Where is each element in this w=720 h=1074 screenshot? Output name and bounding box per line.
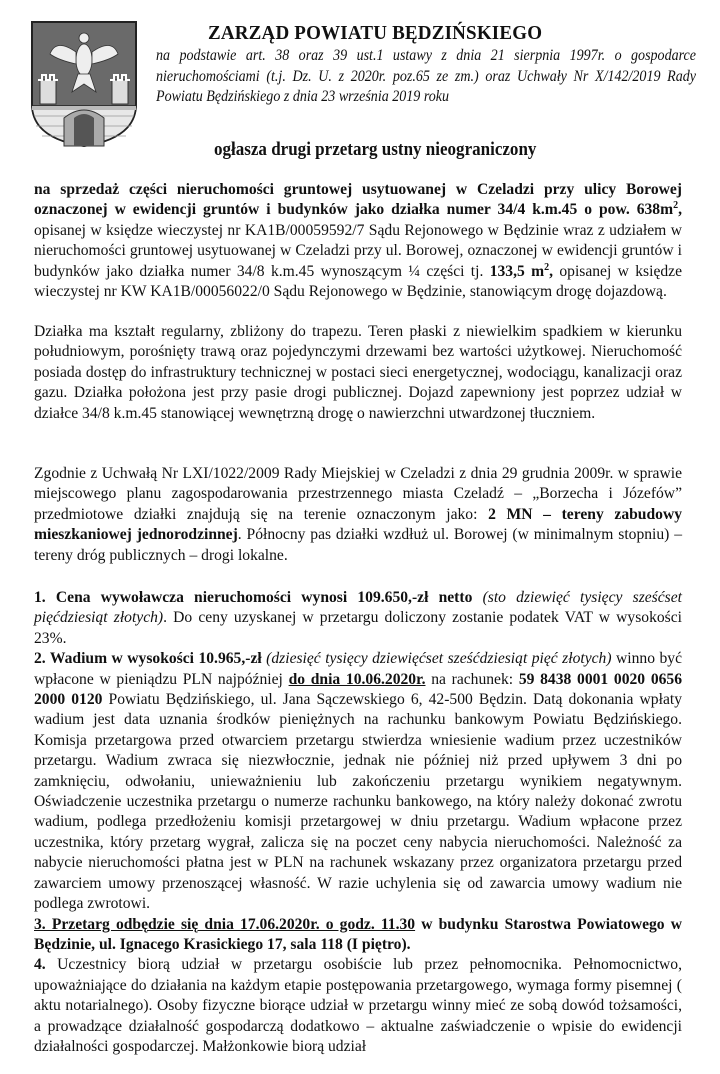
deposit-deadline: do dnia 10.06.2020r. [289, 671, 426, 688]
item4-number: 4. [34, 956, 46, 973]
property-intro: na sprzedaż części nieruchomości gruntow… [34, 180, 682, 302]
intro-area2: 133,5 m [490, 263, 544, 280]
intro-bold-lead: na sprzedaż części nieruchomości gruntow… [34, 181, 682, 218]
deposit-bold: 2. Wadium w wysokości 10.965,-zł [34, 650, 262, 667]
document-page: ZARZĄD POWIATU BĘDZIŃSKIEGO na podstawie… [0, 0, 720, 1074]
description-paragraph: Działka ma kształt regularny, zbliżony d… [34, 322, 682, 424]
tender-date: 3. Przetarg odbędzie się dnia 17.06.2020… [34, 916, 415, 933]
announcement-title: ogłasza drugi przetarg ustny nieogranicz… [214, 140, 536, 161]
condition-item-3: 3. Przetarg odbędzie się dnia 17.06.2020… [34, 915, 682, 956]
price-bold: 1. Cena wywoławcza nieruchomości wynosi … [34, 589, 472, 606]
participation-text: Uczestnicy biorą udział w przetargu osob… [34, 956, 682, 1055]
tender-conditions: 1. Cena wywoławcza nieruchomości wynosi … [34, 588, 682, 1057]
property-description: Działka ma kształt regularny, zbliżony d… [34, 322, 682, 424]
coat-of-arms-icon [28, 20, 140, 148]
deposit-words: (dziesięć tysięcy dziewięćset sześćdzies… [262, 650, 612, 667]
legal-basis: na podstawie art. 38 oraz 39 ust.1 ustaw… [156, 46, 696, 108]
deposit-text2: na rachunek: [426, 671, 519, 688]
issuer-title: ZARZĄD POWIATU BĘDZIŃSKIEGO [208, 22, 542, 45]
condition-item-2: 2. Wadium w wysokości 10.965,-zł (dziesi… [34, 649, 682, 914]
zoning-plan: Zgodnie z Uchwałą Nr LXI/1022/2009 Rady … [34, 464, 682, 566]
deposit-text3: Powiatu Będzińskiego, ul. Jana Sączewski… [34, 691, 682, 912]
condition-item-4: 4. Uczestnicy biorą udział w przetargu o… [34, 955, 682, 1057]
intro-comma: , [678, 201, 682, 218]
condition-item-1: 1. Cena wywoławcza nieruchomości wynosi … [34, 588, 682, 649]
